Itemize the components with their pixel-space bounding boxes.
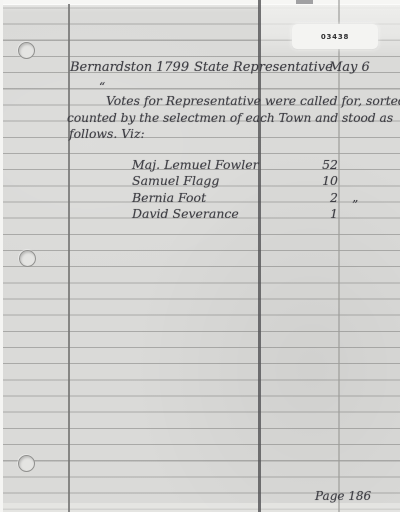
tally-name: Maj. Lemuel Fowler [132, 157, 259, 173]
ruled-lines [0, 0, 400, 512]
scan-smudge [296, 0, 313, 4]
margin-rule-line [68, 4, 70, 512]
page-number: Page 186 [315, 489, 371, 504]
paragraph-line-3: follows. Viz: [69, 126, 145, 142]
tally-votes: 1 [290, 206, 338, 222]
tally-name: Bernia Foot [132, 190, 206, 206]
tally-name: Samuel Flagg [132, 173, 219, 189]
heading-year: 1799 [156, 60, 189, 76]
closing-quote-mark: ” [352, 198, 358, 212]
page-left-edge [0, 0, 3, 512]
scan-crease-line [258, 0, 261, 512]
scanned-notebook-page: 03438 Bernardston 1799 State Representat… [0, 0, 400, 512]
tally-votes: 2 [290, 190, 338, 206]
tally-name: David Severance [132, 206, 239, 222]
heading-date: May 6 [329, 60, 370, 76]
tally-votes: 10 [290, 173, 338, 189]
page-top-edge [0, 0, 400, 5]
heading-town: Bernardston [70, 60, 152, 76]
tally-votes: 52 [290, 157, 338, 173]
opening-quote-mark: “ [99, 80, 105, 94]
heading-office: State Representative [194, 60, 333, 76]
punch-hole-middle [19, 250, 36, 267]
paragraph-line-1: Votes for Representative were called for… [106, 93, 400, 109]
punch-hole-top [18, 42, 35, 59]
catalog-number: 03438 [321, 33, 349, 41]
scan-light-bottom [0, 503, 400, 512]
catalog-sticker: 03438 [292, 24, 378, 49]
right-rule-line [338, 0, 339, 512]
punch-hole-bottom [18, 455, 35, 472]
paragraph-line-2: counted by the selectmen of each Town an… [67, 110, 393, 126]
